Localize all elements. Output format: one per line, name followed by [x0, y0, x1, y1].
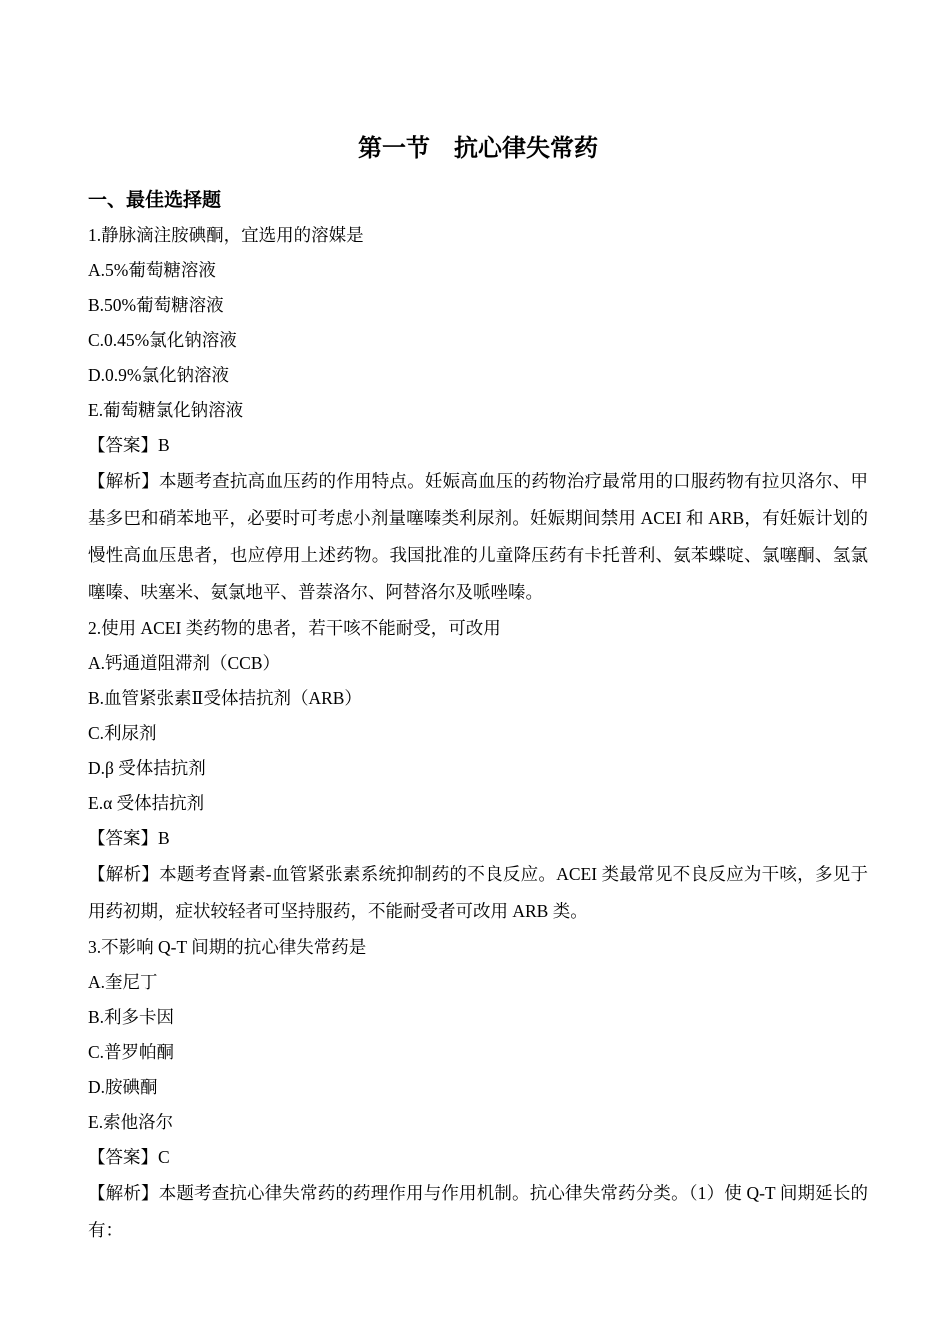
explanation-label: 【解析】 [88, 1183, 159, 1203]
document-content: 第一节 抗心律失常药 一、最佳选择题 1.静脉滴注胺碘酮，宜选用的溶媒是 A.5… [0, 0, 950, 1249]
explanation-paragraph: 【解析】本题考查抗高血压药的作用特点。妊娠高血压的药物治疗最常用的口服药物有拉贝… [88, 463, 868, 611]
option-d: D.0.9%氯化钠溶液 [88, 358, 868, 393]
explanation-text: 本题考查抗高血压药的作用特点。妊娠高血压的药物治疗最常用的口服药物有拉贝洛尔、甲… [88, 471, 868, 602]
answer-line: 【答案】C [88, 1140, 868, 1175]
option-b: B.50%葡萄糖溶液 [88, 288, 868, 323]
option-c: C.利尿剂 [88, 716, 868, 751]
option-c: C.0.45%氯化钠溶液 [88, 323, 868, 358]
option-a: A.奎尼丁 [88, 965, 868, 1000]
option-e: E.α 受体拮抗剂 [88, 786, 868, 821]
question-stem: 1.静脉滴注胺碘酮，宜选用的溶媒是 [88, 218, 868, 253]
option-d: D.胺碘酮 [88, 1070, 868, 1105]
answer-label: 【答案】 [88, 435, 158, 455]
explanation-label: 【解析】 [88, 864, 159, 884]
explanation-text: 本题考查肾素-血管紧张素系统抑制药的不良反应。ACEI 类最常见不良反应为干咳，… [88, 864, 868, 921]
question-2: 2.使用 ACEI 类药物的患者，若干咳不能耐受，可改用 A.钙通道阻滞剂（CC… [88, 611, 868, 930]
option-b: B.血管紧张素Ⅱ受体拮抗剂（ARB） [88, 681, 868, 716]
question-stem: 2.使用 ACEI 类药物的患者，若干咳不能耐受，可改用 [88, 611, 868, 646]
answer-label: 【答案】 [88, 828, 158, 848]
explanation-paragraph: 【解析】本题考查抗心律失常药的药理作用与作用机制。抗心律失常药分类。（1）使 Q… [88, 1175, 868, 1249]
answer-label: 【答案】 [88, 1147, 158, 1167]
option-d: D.β 受体拮抗剂 [88, 751, 868, 786]
document-page: 第一节 抗心律失常药 一、最佳选择题 1.静脉滴注胺碘酮，宜选用的溶媒是 A.5… [0, 0, 950, 1344]
answer-value: B [158, 435, 170, 455]
option-e: E.索他洛尔 [88, 1105, 868, 1140]
answer-line: 【答案】B [88, 428, 868, 463]
option-a: A.钙通道阻滞剂（CCB） [88, 646, 868, 681]
explanation-label: 【解析】 [88, 471, 159, 491]
option-b: B.利多卡因 [88, 1000, 868, 1035]
answer-value: C [158, 1147, 170, 1167]
option-a: A.5%葡萄糖溶液 [88, 253, 868, 288]
answer-line: 【答案】B [88, 821, 868, 856]
option-e: E.葡萄糖氯化钠溶液 [88, 393, 868, 428]
section-heading: 一、最佳选择题 [88, 183, 868, 218]
option-c: C.普罗帕酮 [88, 1035, 868, 1070]
question-stem: 3.不影响 Q-T 间期的抗心律失常药是 [88, 930, 868, 965]
answer-value: B [158, 828, 170, 848]
page-title: 第一节 抗心律失常药 [88, 132, 868, 167]
question-3: 3.不影响 Q-T 间期的抗心律失常药是 A.奎尼丁 B.利多卡因 C.普罗帕酮… [88, 930, 868, 1249]
explanation-paragraph: 【解析】本题考查肾素-血管紧张素系统抑制药的不良反应。ACEI 类最常见不良反应… [88, 856, 868, 930]
question-1: 1.静脉滴注胺碘酮，宜选用的溶媒是 A.5%葡萄糖溶液 B.50%葡萄糖溶液 C… [88, 218, 868, 611]
explanation-text: 本题考查抗心律失常药的药理作用与作用机制。抗心律失常药分类。（1）使 Q-T 间… [88, 1183, 868, 1240]
